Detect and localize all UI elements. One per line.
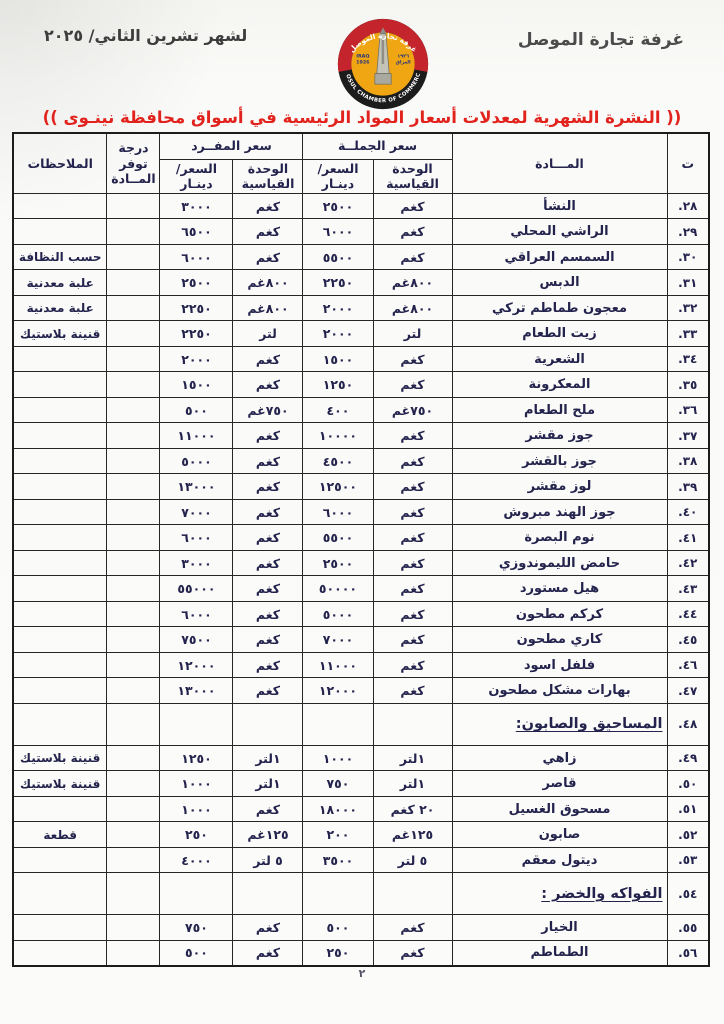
cell-notes: قطعة xyxy=(13,822,107,848)
cell-availability xyxy=(107,652,160,678)
col-wholesale-unit: الوحدة القياسية xyxy=(373,159,452,193)
cell-material: الفواكه والخضر : xyxy=(452,873,667,915)
cell-material: فلفل اسود xyxy=(452,652,667,678)
cell-availability xyxy=(107,627,160,653)
cell-availability xyxy=(107,940,160,966)
table-row: ٥٦.الطماطمكغم٢٥٠كغم٥٠٠ xyxy=(13,940,709,966)
cell-serial: ٤٥. xyxy=(667,627,709,653)
cell-retail-price: ٣٠٠٠ xyxy=(160,193,233,219)
cell-wholesale-price: ١٥٠٠ xyxy=(303,346,373,372)
cell-wholesale-unit: كغم xyxy=(373,601,452,627)
cell-serial: ٥٥. xyxy=(667,915,709,941)
cell-material: الطماطم xyxy=(452,940,667,966)
cell-material: ملح الطعام xyxy=(452,397,667,423)
document-page: غرفة تجارة الموصل غرفة تجارة ا xyxy=(0,0,724,1024)
cell-retail-price: ٢٥٠٠ xyxy=(160,270,233,296)
cell-notes xyxy=(13,576,107,602)
col-notes: الملاحظات xyxy=(13,133,107,193)
cell-serial: ٤٩. xyxy=(667,745,709,771)
cell-serial: ٣٧. xyxy=(667,423,709,449)
table-row: ٣٤.الشعريةكغم١٥٠٠كغم٢٠٠٠ xyxy=(13,346,709,372)
cell-notes xyxy=(13,678,107,704)
table-row: ٤٠.جوز الهند مبروشكغم٦٠٠٠كغم٧٠٠٠ xyxy=(13,499,709,525)
cell-wholesale-price: ١٢٠٠٠ xyxy=(303,678,373,704)
cell-serial: ٤٢. xyxy=(667,550,709,576)
cell-availability xyxy=(107,576,160,602)
table-row: ٣٦.ملح الطعام٧٥٠غم٤٠٠٧٥٠غم٥٠٠ xyxy=(13,397,709,423)
cell-material: جوز الهند مبروش xyxy=(452,499,667,525)
table-row: ٣٣.زيت الطعاملتر٢٠٠٠لتر٢٢٥٠قنينة بلاستيك xyxy=(13,321,709,347)
cell-serial: ٥٢. xyxy=(667,822,709,848)
cell-availability xyxy=(107,448,160,474)
cell-material: بهارات مشكل مطحون xyxy=(452,678,667,704)
cell-retail-unit: كغم xyxy=(233,372,303,398)
cell-retail-unit: ١لتر xyxy=(233,771,303,797)
cell-wholesale-price: ٢٢٥٠ xyxy=(303,270,373,296)
cell-availability xyxy=(107,771,160,797)
cell-wholesale-price: ١٢٥٠ xyxy=(303,372,373,398)
cell-notes xyxy=(13,474,107,500)
cell-material: لوز مقشر xyxy=(452,474,667,500)
cell-wholesale-unit xyxy=(373,873,452,915)
cell-wholesale-price: ٢٥٠٠ xyxy=(303,193,373,219)
cell-serial: ٥٠. xyxy=(667,771,709,797)
cell-material: جوز بالقشر xyxy=(452,448,667,474)
cell-wholesale-unit: ٥ لتر xyxy=(373,847,452,873)
cell-retail-unit: كغم xyxy=(233,576,303,602)
cell-wholesale-unit: كغم xyxy=(373,448,452,474)
table-row: ٥٥.الخياركغم٥٠٠كغم٧٥٠ xyxy=(13,915,709,941)
cell-wholesale-unit: كغم xyxy=(373,423,452,449)
cell-wholesale-price: ٢٠٠٠ xyxy=(303,295,373,321)
cell-wholesale-price: ١٢٥٠٠ xyxy=(303,474,373,500)
table-row: ٢٨.النشأكغم٢٥٠٠كغم٣٠٠٠ xyxy=(13,193,709,219)
cell-retail-unit: ٧٥٠غم xyxy=(233,397,303,423)
cell-wholesale-unit: كغم xyxy=(373,499,452,525)
price-table-body: ٢٨.النشأكغم٢٥٠٠كغم٣٠٠٠٢٩.الراشي المحليكغ… xyxy=(13,193,709,966)
cell-wholesale-unit: كغم xyxy=(373,474,452,500)
cell-wholesale-unit: ١٢٥غم xyxy=(373,822,452,848)
cell-wholesale-price: ٤٥٠٠ xyxy=(303,448,373,474)
cell-retail-price: ١٥٠٠ xyxy=(160,372,233,398)
table-row: ٥٣.ديتول معقم٥ لتر٣٥٠٠٥ لتر٤٠٠٠ xyxy=(13,847,709,873)
cell-notes xyxy=(13,873,107,915)
cell-retail-unit: كغم xyxy=(233,940,303,966)
bulletin-month-label: لشهر تشرين الثاني/ ٢٠٢٥ xyxy=(44,26,247,45)
cell-material: معجون طماطم تركي xyxy=(452,295,667,321)
cell-wholesale-unit: كغم xyxy=(373,372,452,398)
cell-availability xyxy=(107,372,160,398)
table-row: ٥١.مسحوق الغسيل٢٠ كغم١٨٠٠٠كغم١٠٠٠ xyxy=(13,796,709,822)
cell-wholesale-price xyxy=(303,873,373,915)
cell-retail-unit: ١٢٥غم xyxy=(233,822,303,848)
cell-notes xyxy=(13,847,107,873)
cell-material: الخيار xyxy=(452,915,667,941)
cell-notes xyxy=(13,448,107,474)
table-row: ٣٠.السمسم العراقيكغم٥٥٠٠كغم٦٠٠٠حسب النظا… xyxy=(13,244,709,270)
cell-material: زيت الطعام xyxy=(452,321,667,347)
cell-availability xyxy=(107,474,160,500)
cell-retail-price: ٥٠٠٠ xyxy=(160,448,233,474)
cell-wholesale-price: ٣٥٠٠ xyxy=(303,847,373,873)
cell-serial: ٤١. xyxy=(667,525,709,551)
document-header: غرفة تجارة الموصل غرفة تجارة ا xyxy=(14,10,710,106)
cell-availability xyxy=(107,678,160,704)
cell-wholesale-price: ٦٠٠٠ xyxy=(303,219,373,245)
cell-serial: ٤٠. xyxy=(667,499,709,525)
table-row: ٥٠.قاصر١لتر٧٥٠١لتر١٠٠٠قنينة بلاستيك xyxy=(13,771,709,797)
cell-notes xyxy=(13,627,107,653)
table-row: ٤٣.هيل مستوردكغم٥٠٠٠٠كغم٥٥٠٠٠ xyxy=(13,576,709,602)
section-row: ٥٤.الفواكه والخضر : xyxy=(13,873,709,915)
cell-material: مسحوق الغسيل xyxy=(452,796,667,822)
cell-retail-price: ٣٠٠٠ xyxy=(160,550,233,576)
cell-wholesale-price: ٢٥٠ xyxy=(303,940,373,966)
cell-retail-unit: ٥ لتر xyxy=(233,847,303,873)
cell-serial: ٣٦. xyxy=(667,397,709,423)
cell-notes xyxy=(13,346,107,372)
cell-wholesale-unit: كغم xyxy=(373,915,452,941)
cell-wholesale-price: ٢٠٠٠ xyxy=(303,321,373,347)
cell-material: حامض الليموندوزي xyxy=(452,550,667,576)
cell-availability xyxy=(107,346,160,372)
col-serial: ت xyxy=(667,133,709,193)
cell-availability xyxy=(107,550,160,576)
logo-year-ar-label: ١٩٢٦ xyxy=(397,53,409,59)
cell-availability xyxy=(107,745,160,771)
cell-serial: ٢٩. xyxy=(667,219,709,245)
cell-notes xyxy=(13,915,107,941)
cell-wholesale-unit: ٨٠٠غم xyxy=(373,270,452,296)
section-row: ٤٨.المساحيق والصابون: xyxy=(13,703,709,745)
cell-retail-price: ٢٠٠٠ xyxy=(160,346,233,372)
cell-wholesale-unit: كغم xyxy=(373,525,452,551)
table-row: ٣٥.المعكرونةكغم١٢٥٠كغم١٥٠٠ xyxy=(13,372,709,398)
cell-retail-unit: كغم xyxy=(233,193,303,219)
cell-retail-price: ٥٥٠٠٠ xyxy=(160,576,233,602)
cell-retail-unit: كغم xyxy=(233,601,303,627)
cell-retail-price xyxy=(160,703,233,745)
cell-serial: ٣٣. xyxy=(667,321,709,347)
cell-wholesale-unit: لتر xyxy=(373,321,452,347)
cell-retail-price: ٦٥٠٠ xyxy=(160,219,233,245)
cell-retail-unit: كغم xyxy=(233,550,303,576)
cell-retail-unit: كغم xyxy=(233,244,303,270)
cell-wholesale-unit: كغم xyxy=(373,346,452,372)
cell-material: كركم مطحون xyxy=(452,601,667,627)
cell-serial: ٤٦. xyxy=(667,652,709,678)
cell-retail-price: ٦٠٠٠ xyxy=(160,601,233,627)
table-row: ٤٧.بهارات مشكل مطحونكغم١٢٠٠٠كغم١٣٠٠٠ xyxy=(13,678,709,704)
cell-availability xyxy=(107,822,160,848)
cell-wholesale-price: ٦٠٠٠ xyxy=(303,499,373,525)
cell-material: كاري مطحون xyxy=(452,627,667,653)
cell-notes xyxy=(13,550,107,576)
cell-retail-price: ٦٠٠٠ xyxy=(160,525,233,551)
cell-retail-price: ١٣٠٠٠ xyxy=(160,678,233,704)
cell-notes: علبة معدنية xyxy=(13,295,107,321)
cell-wholesale-price: ٤٠٠ xyxy=(303,397,373,423)
cell-retail-unit: كغم xyxy=(233,219,303,245)
cell-notes xyxy=(13,423,107,449)
cell-wholesale-unit xyxy=(373,703,452,745)
table-row: ٤٥.كاري مطحونكغم٧٠٠٠كغم٧٥٠٠ xyxy=(13,627,709,653)
cell-retail-unit: ٨٠٠غم xyxy=(233,295,303,321)
cell-wholesale-price: ٥٠٠ xyxy=(303,915,373,941)
cell-retail-unit: كغم xyxy=(233,525,303,551)
col-retail-unit: الوحدة القياسية xyxy=(233,159,303,193)
cell-wholesale-price xyxy=(303,703,373,745)
cell-availability xyxy=(107,796,160,822)
chamber-logo: غرفة تجارة الموصل MOSUL CHAMBER OF COMME… xyxy=(331,16,435,112)
cell-material: المعكرونة xyxy=(452,372,667,398)
cell-wholesale-price: ١٠٠٠٠ xyxy=(303,423,373,449)
table-row: ٣٨.جوز بالقشركغم٤٥٠٠كغم٥٠٠٠ xyxy=(13,448,709,474)
cell-retail-price: ١٠٠٠ xyxy=(160,796,233,822)
cell-wholesale-unit: كغم xyxy=(373,193,452,219)
table-row: ٣٩.لوز مقشركغم١٢٥٠٠كغم١٣٠٠٠ xyxy=(13,474,709,500)
cell-notes xyxy=(13,499,107,525)
cell-wholesale-price: ٥٠٠٠ xyxy=(303,601,373,627)
cell-notes xyxy=(13,601,107,627)
cell-serial: ٢٨. xyxy=(667,193,709,219)
cell-retail-price: ٧٥٠ xyxy=(160,915,233,941)
cell-availability xyxy=(107,423,160,449)
cell-retail-price: ١١٠٠٠ xyxy=(160,423,233,449)
table-row: ٤٤.كركم مطحونكغم٥٠٠٠كغم٦٠٠٠ xyxy=(13,601,709,627)
cell-retail-price: ١٢٠٠٠ xyxy=(160,652,233,678)
cell-availability xyxy=(107,244,160,270)
cell-retail-price: ٥٠٠ xyxy=(160,940,233,966)
table-row: ٥٢.صابون١٢٥غم٢٠٠١٢٥غم٢٥٠قطعة xyxy=(13,822,709,848)
cell-availability xyxy=(107,915,160,941)
cell-wholesale-price: ٢٠٠ xyxy=(303,822,373,848)
cell-wholesale-unit: ١لتر xyxy=(373,745,452,771)
cell-serial: ٤٣. xyxy=(667,576,709,602)
cell-retail-unit: كغم xyxy=(233,627,303,653)
logo-iraq-label: IRAQ xyxy=(356,53,369,59)
cell-material: نوم البصرة xyxy=(452,525,667,551)
cell-availability xyxy=(107,525,160,551)
cell-retail-price: ٧٥٠٠ xyxy=(160,627,233,653)
col-retail-group: سعر المفــرد xyxy=(160,133,303,159)
cell-notes xyxy=(13,703,107,745)
cell-availability xyxy=(107,601,160,627)
cell-retail-unit: كغم xyxy=(233,678,303,704)
cell-wholesale-unit: كغم xyxy=(373,219,452,245)
cell-retail-unit: كغم xyxy=(233,499,303,525)
org-name: غرفة تجارة الموصل xyxy=(518,30,684,50)
cell-availability xyxy=(107,873,160,915)
cell-serial: ٥٦. xyxy=(667,940,709,966)
cell-retail-price: ٧٠٠٠ xyxy=(160,499,233,525)
cell-availability xyxy=(107,703,160,745)
cell-availability xyxy=(107,321,160,347)
table-row: ٤١.نوم البصرةكغم٥٥٠٠كغم٦٠٠٠ xyxy=(13,525,709,551)
table-row: ٤٢.حامض الليموندوزيكغم٢٥٠٠كغم٣٠٠٠ xyxy=(13,550,709,576)
cell-serial: ٣١. xyxy=(667,270,709,296)
cell-retail-unit: ٨٠٠غم xyxy=(233,270,303,296)
cell-serial: ٣٩. xyxy=(667,474,709,500)
cell-wholesale-unit: ١لتر xyxy=(373,771,452,797)
cell-notes: قنينة بلاستيك xyxy=(13,771,107,797)
cell-material: قاصر xyxy=(452,771,667,797)
cell-retail-price: ٢٢٥٠ xyxy=(160,321,233,347)
cell-material: زاهي xyxy=(452,745,667,771)
cell-wholesale-unit: كغم xyxy=(373,244,452,270)
cell-material: صابون xyxy=(452,822,667,848)
cell-retail-price: ٢٥٠ xyxy=(160,822,233,848)
cell-material: ديتول معقم xyxy=(452,847,667,873)
table-row: ٤٩.زاهي١لتر١٠٠٠١لتر١٢٥٠قنينة بلاستيك xyxy=(13,745,709,771)
table-row: ٣٧.جوز مقشركغم١٠٠٠٠كغم١١٠٠٠ xyxy=(13,423,709,449)
table-row: ٣١.الدبس٨٠٠غم٢٢٥٠٨٠٠غم٢٥٠٠علبة معدنية xyxy=(13,270,709,296)
cell-material: النشأ xyxy=(452,193,667,219)
cell-serial: ٤٨. xyxy=(667,703,709,745)
cell-serial: ٣٢. xyxy=(667,295,709,321)
cell-notes xyxy=(13,397,107,423)
cell-material: السمسم العراقي xyxy=(452,244,667,270)
cell-wholesale-unit: كغم xyxy=(373,627,452,653)
cell-retail-unit: كغم xyxy=(233,652,303,678)
cell-notes xyxy=(13,525,107,551)
cell-notes xyxy=(13,652,107,678)
cell-availability xyxy=(107,270,160,296)
cell-serial: ٣٥. xyxy=(667,372,709,398)
chamber-logo-icon: غرفة تجارة الموصل MOSUL CHAMBER OF COMME… xyxy=(331,16,435,112)
cell-retail-unit: كغم xyxy=(233,346,303,372)
cell-notes xyxy=(13,219,107,245)
cell-serial: ٥١. xyxy=(667,796,709,822)
cell-wholesale-price: ٢٥٠٠ xyxy=(303,550,373,576)
cell-material: الدبس xyxy=(452,270,667,296)
cell-wholesale-price: ١٨٠٠٠ xyxy=(303,796,373,822)
cell-notes: حسب النظافة xyxy=(13,244,107,270)
cell-retail-unit: كغم xyxy=(233,448,303,474)
cell-retail-unit: كغم xyxy=(233,915,303,941)
cell-retail-price: ١٣٠٠٠ xyxy=(160,474,233,500)
cell-serial: ٥٤. xyxy=(667,873,709,915)
cell-notes xyxy=(13,193,107,219)
cell-retail-unit: كغم xyxy=(233,796,303,822)
col-retail-price: السعر/ دينـار xyxy=(160,159,233,193)
cell-wholesale-price: ١١٠٠٠ xyxy=(303,652,373,678)
cell-notes xyxy=(13,796,107,822)
price-table: ت المـــادة سعر الجملــة سعر المفــرد در… xyxy=(12,132,710,967)
cell-retail-unit: كغم xyxy=(233,423,303,449)
cell-material: جوز مقشر xyxy=(452,423,667,449)
cell-retail-price: ١٠٠٠ xyxy=(160,771,233,797)
cell-retail-price: ٤٠٠٠ xyxy=(160,847,233,873)
cell-wholesale-unit: ٢٠ كغم xyxy=(373,796,452,822)
cell-retail-unit xyxy=(233,703,303,745)
cell-availability xyxy=(107,219,160,245)
logo-year-label: 1926 xyxy=(356,60,370,66)
cell-wholesale-price: ٥٠٠٠٠ xyxy=(303,576,373,602)
cell-retail-unit xyxy=(233,873,303,915)
cell-material: هيل مستورد xyxy=(452,576,667,602)
cell-wholesale-unit: كغم xyxy=(373,550,452,576)
cell-wholesale-unit: كغم xyxy=(373,576,452,602)
cell-notes: علبة معدنية xyxy=(13,270,107,296)
col-availability: درجة توفر المــادة xyxy=(107,133,160,193)
cell-wholesale-price: ٥٥٠٠ xyxy=(303,525,373,551)
cell-notes xyxy=(13,940,107,966)
cell-retail-unit: لتر xyxy=(233,321,303,347)
cell-wholesale-price: ٧٥٠ xyxy=(303,771,373,797)
bulletin-title: (( النشرة الشهرية لمعدلات أسعار المواد ا… xyxy=(14,108,710,127)
cell-retail-unit: كغم xyxy=(233,474,303,500)
cell-wholesale-unit: كغم xyxy=(373,652,452,678)
cell-availability xyxy=(107,193,160,219)
cell-retail-price: ٦٠٠٠ xyxy=(160,244,233,270)
cell-retail-price: ٢٢٥٠ xyxy=(160,295,233,321)
cell-wholesale-unit: ٨٠٠غم xyxy=(373,295,452,321)
cell-retail-price: ٥٠٠ xyxy=(160,397,233,423)
table-row: ٣٢.معجون طماطم تركي٨٠٠غم٢٠٠٠٨٠٠غم٢٢٥٠علب… xyxy=(13,295,709,321)
col-wholesale-price: السعر/ دينـار xyxy=(303,159,373,193)
table-row: ٢٩.الراشي المحليكغم٦٠٠٠كغم٦٥٠٠ xyxy=(13,219,709,245)
cell-serial: ٣٤. xyxy=(667,346,709,372)
page-number: ٢ xyxy=(0,967,724,980)
price-table-header: ت المـــادة سعر الجملــة سعر المفــرد در… xyxy=(13,133,709,193)
cell-notes: قنينة بلاستيك xyxy=(13,321,107,347)
cell-availability xyxy=(107,295,160,321)
cell-serial: ٥٣. xyxy=(667,847,709,873)
col-material: المـــادة xyxy=(452,133,667,193)
cell-material: الشعرية xyxy=(452,346,667,372)
cell-retail-unit: ١لتر xyxy=(233,745,303,771)
cell-availability xyxy=(107,397,160,423)
cell-serial: ٣٨. xyxy=(667,448,709,474)
cell-availability xyxy=(107,847,160,873)
cell-wholesale-price: ٧٠٠٠ xyxy=(303,627,373,653)
cell-material: المساحيق والصابون: xyxy=(452,703,667,745)
table-row: ٤٦.فلفل اسودكغم١١٠٠٠كغم١٢٠٠٠ xyxy=(13,652,709,678)
cell-wholesale-unit: كغم xyxy=(373,940,452,966)
cell-wholesale-price: ٥٥٠٠ xyxy=(303,244,373,270)
cell-wholesale-unit: ٧٥٠غم xyxy=(373,397,452,423)
cell-wholesale-price: ١٠٠٠ xyxy=(303,745,373,771)
cell-availability xyxy=(107,499,160,525)
cell-notes: قنينة بلاستيك xyxy=(13,745,107,771)
cell-notes xyxy=(13,372,107,398)
cell-retail-price: ١٢٥٠ xyxy=(160,745,233,771)
cell-retail-price xyxy=(160,873,233,915)
cell-serial: ٤٤. xyxy=(667,601,709,627)
logo-iraq-ar-label: العراق xyxy=(395,60,410,66)
cell-material: الراشي المحلي xyxy=(452,219,667,245)
cell-wholesale-unit: كغم xyxy=(373,678,452,704)
col-wholesale-group: سعر الجملــة xyxy=(303,133,452,159)
cell-serial: ٣٠. xyxy=(667,244,709,270)
cell-serial: ٤٧. xyxy=(667,678,709,704)
